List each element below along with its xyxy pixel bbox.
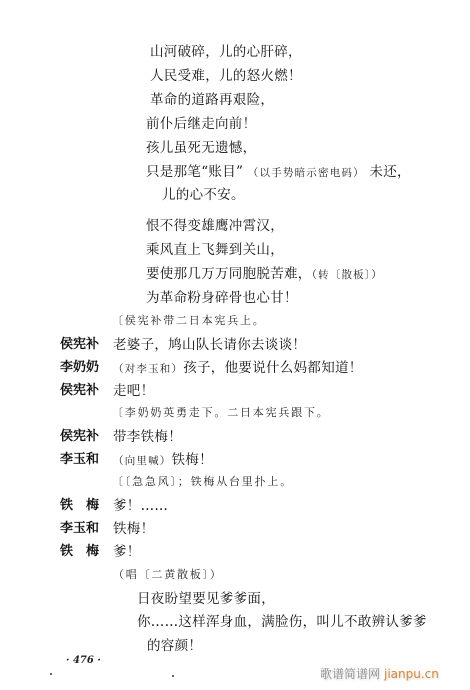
dialogue-line: 老婆子，鸠山队长请你去谈谈！	[113, 336, 306, 354]
dialogue-text: 铁梅！	[172, 452, 213, 468]
singing-instruction: （唱〔二黄散板〕）	[113, 566, 223, 584]
aria-line: 革命的道路再艰险，	[150, 91, 274, 109]
aria-line-with-tempo: 要使那几万万同胞脱苦难，（转〔散板〕）	[146, 265, 383, 284]
dialogue-line: 铁梅！	[113, 520, 154, 538]
watermark: 歌谱简谱网jianpu.cn	[320, 665, 439, 682]
action-note: （向里喊）	[113, 455, 172, 467]
tempo-note: （转〔散板〕）	[312, 269, 383, 281]
aria-line: 恨不得变雄鹰冲霄汉，	[146, 217, 284, 235]
aria-continuation: 儿的心不安。	[162, 186, 245, 204]
gesture-note: （以手势暗示密电码）	[248, 167, 365, 179]
aria-line: 孩儿虽死无遗憾，	[146, 139, 256, 157]
scan-speck	[50, 673, 52, 675]
stage-direction: 〔侯宪补带二日本宪兵上。	[112, 312, 266, 330]
aria-text: 未还，	[369, 164, 410, 180]
dialogue-line: 爹！	[113, 543, 141, 561]
aria-line: 的容颜！	[147, 637, 202, 655]
scan-speck	[172, 675, 174, 677]
aria-line: 你……这样浑身血，满脸伤，叫儿不敢辨认爹爹	[137, 613, 427, 631]
aria-line-with-gesture: 只是那笔“账目” （以手势暗示密电码） 未还，	[146, 163, 411, 182]
dialogue-line: 走吧！	[113, 382, 154, 400]
aria-text: 只是那笔“账目”	[146, 164, 243, 180]
aria-text: 要使那几万万同胞脱苦难，	[146, 266, 312, 282]
dialogue-line: 带李铁梅！	[113, 428, 182, 446]
dialogue-text: 孩子，他要说什么妈都知道！	[183, 360, 362, 376]
dialogue-line: 爹！……	[113, 497, 168, 515]
stage-direction: 〔〔急急风〕；铁梅从台里扑上。	[112, 473, 293, 491]
aria-line: 乘风直上飞舞到关山，	[146, 241, 284, 259]
aria-line: 为革命粉身碎骨也心甘！	[146, 289, 298, 307]
action-note: （对李玉和）	[113, 363, 183, 375]
watermark-site-name: 歌谱简谱网	[320, 667, 380, 681]
score-page: 山河破碎，儿的心肝碎， 人民受难，儿的怒火燃！ 革命的道路再艰险， 前仆后继走向…	[0, 0, 470, 690]
stage-direction: 〔李奶奶英勇走下。二日本宪兵跟下。	[112, 404, 330, 422]
aria-line: 人民受难，儿的怒火燃！	[150, 67, 302, 85]
aria-line: 前仆后继走向前！	[146, 115, 256, 133]
dialogue-line: （对李玉和）孩子，他要说什么妈都知道！	[113, 359, 363, 378]
dialogue-line: （向里喊）铁梅！	[113, 451, 213, 470]
aria-line: 山河破碎，儿的心肝碎，	[150, 43, 302, 61]
aria-line: 日夜盼望要见爹爹面，	[137, 590, 275, 608]
page-number: · 476 ·	[66, 655, 101, 666]
watermark-domain: jianpu.cn	[384, 667, 439, 681]
